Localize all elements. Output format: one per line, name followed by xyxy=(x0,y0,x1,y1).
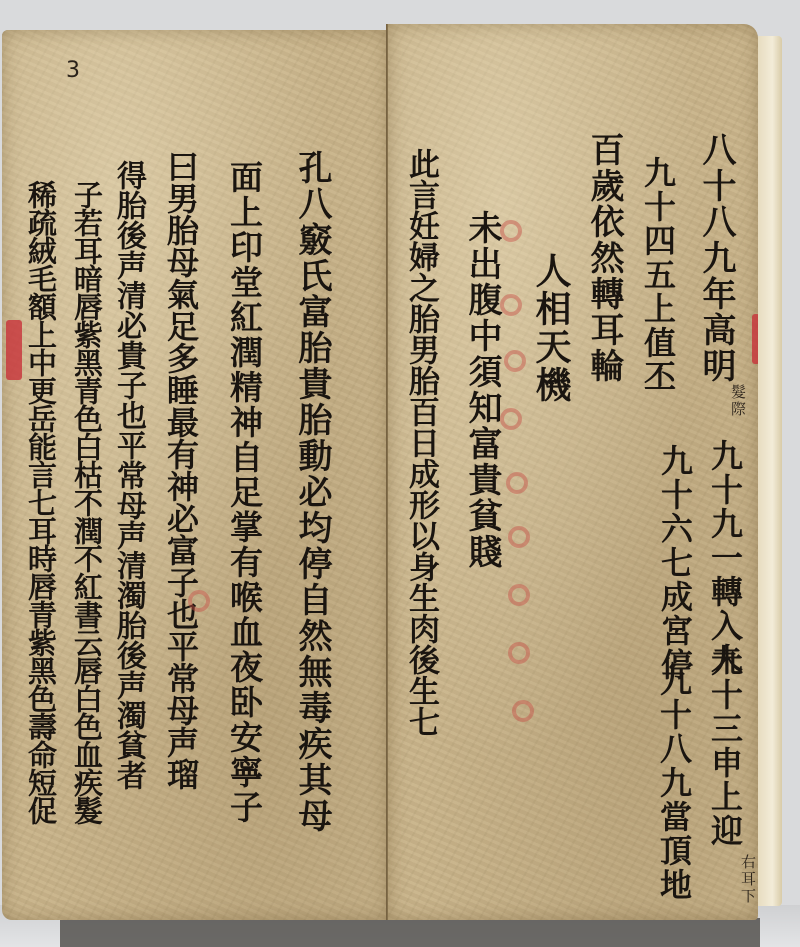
text-column-r6: 此言妊婦之胎男胎百日成形以身生肉後生七 xyxy=(402,148,439,737)
annotation-right-ear: 右耳下 xyxy=(738,854,759,905)
text-column-r5: 未出腹中須知富貴貧賤 xyxy=(460,210,504,570)
annotation-hairline: 髮際 xyxy=(728,384,749,418)
red-circle-mark xyxy=(506,472,528,494)
text-column-r2c: 九十八九當頂地 xyxy=(656,664,692,902)
text-column-r2: 九十四五上值丕 xyxy=(638,156,678,394)
text-column-r3: 百歲依然轉耳輪 xyxy=(584,132,624,384)
red-circle-mark xyxy=(500,294,522,316)
right-page: 八十八九年高明 髮際 九十九一轉入未 九十三申上迎 右耳下 九十四五上值丕 九十… xyxy=(388,24,758,920)
red-circle-mark xyxy=(500,408,522,430)
text-column-r4-heading: 人相天機 xyxy=(528,252,574,404)
text-column-5: 子若耳暗唇紫黑青色白枯不潤不紅書云唇白色血疾髮 xyxy=(70,180,104,824)
open-manuscript: 3 孔八竅氏富胎貴胎動必均停自然無毒疾其母 面上印堂紅潤精神自足掌有喉血夜卧安寧… xyxy=(2,24,788,920)
red-seal-stamp xyxy=(6,320,22,380)
red-circle-mark xyxy=(508,526,530,548)
red-ink-mark xyxy=(188,590,210,612)
text-column-2: 面上印堂紅潤精神自足掌有喉血夜卧安寧子 xyxy=(224,160,264,825)
red-circle-mark xyxy=(508,584,530,606)
text-column-4: 得胎後声清必貴子也平常母声清濁胎後声濁貧者 xyxy=(110,160,146,790)
text-column-r1b: 九十九一轉入未 xyxy=(706,439,744,677)
left-page: 3 孔八竅氏富胎貴胎動必均停自然無毒疾其母 面上印堂紅潤精神自足掌有喉血夜卧安寧… xyxy=(2,30,388,920)
text-column-r2b: 九十六七成宮停 xyxy=(656,444,694,682)
page-stack-edge xyxy=(758,36,782,906)
text-column-3: 曰男胎母氣足多睡最有神必富子也平常母声瑠 xyxy=(162,150,200,790)
page-number: 3 xyxy=(66,58,80,83)
text-column-r1c: 九十三申上迎 xyxy=(706,644,744,848)
red-circle-mark xyxy=(504,350,526,372)
text-column-6: 稀疏絨毛額上中更岳能言七耳時唇青紫黑色壽命短促 xyxy=(24,180,58,824)
red-circle-mark xyxy=(500,220,522,242)
text-column-1: 孔八竅氏富胎貴胎動必均停自然無毒疾其母 xyxy=(292,150,332,834)
book-shadow xyxy=(60,918,760,947)
red-circle-mark xyxy=(508,642,530,664)
text-column-r1: 八十八九年高明 xyxy=(696,132,736,384)
red-circle-mark xyxy=(512,700,534,722)
